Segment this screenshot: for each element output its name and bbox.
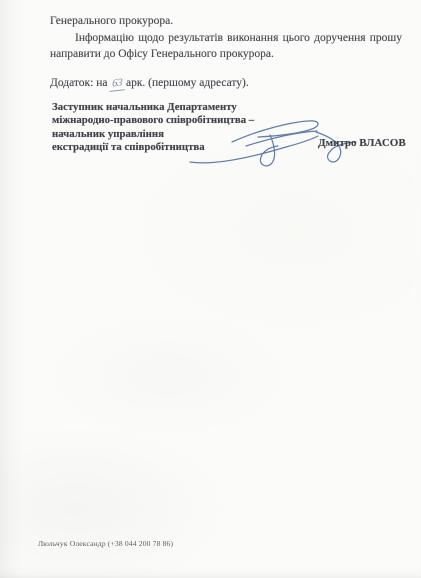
document-page: Генерального прокурора. Інформацію щодо … bbox=[0, 0, 421, 578]
footer-contact: Люльчук Олександр (+38 044 200 78 86) bbox=[38, 539, 173, 548]
salutation-line: Генерального прокурора. bbox=[50, 15, 173, 27]
handwritten-page-count: 63 bbox=[110, 78, 125, 92]
signer-name: Дмитро ВЛАСОВ bbox=[318, 137, 406, 149]
attachment-prefix: Додаток: на bbox=[50, 77, 107, 89]
attachment-line: Додаток: на63арк. (першому адресату). bbox=[50, 77, 249, 91]
attachment-suffix: арк. (першому адресату). bbox=[126, 77, 249, 89]
body-paragraph: Інформацію щодо результатів виконання ць… bbox=[50, 31, 402, 62]
